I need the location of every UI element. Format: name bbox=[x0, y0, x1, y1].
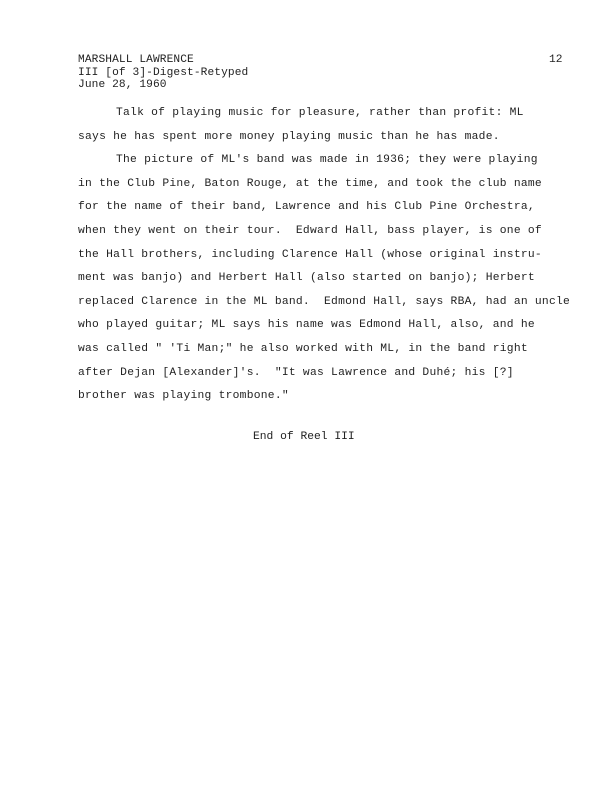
text-line: after Dejan [Alexander]'s. "It was Lawre… bbox=[78, 362, 598, 386]
page-number: 12 bbox=[549, 54, 562, 67]
text-line: was called " 'Ti Man;" he also worked wi… bbox=[78, 338, 598, 362]
document-page: MARSHALL LAWRENCE III [of 3]-Digest-Rety… bbox=[0, 0, 612, 792]
text-line: brother was playing trombone." bbox=[78, 385, 598, 409]
text-line: The picture of ML's band was made in 193… bbox=[78, 149, 598, 173]
text-line: who played guitar; ML says his name was … bbox=[78, 314, 598, 338]
text-line: says he has spent more money playing mus… bbox=[78, 126, 598, 150]
text-line: Talk of playing music for pleasure, rath… bbox=[78, 102, 598, 126]
text-line: for the name of their band, Lawrence and… bbox=[78, 196, 598, 220]
text-line: replaced Clarence in the ML band. Edmond… bbox=[78, 291, 598, 315]
header-date: June 28, 1960 bbox=[78, 79, 248, 92]
paragraph-1: Talk of playing music for pleasure, rath… bbox=[78, 102, 598, 149]
document-header: MARSHALL LAWRENCE III [of 3]-Digest-Rety… bbox=[78, 54, 248, 92]
text-line: when they went on their tour. Edward Hal… bbox=[78, 220, 598, 244]
text-line: ment was banjo) and Herbert Hall (also s… bbox=[78, 267, 598, 291]
header-reel-info: III [of 3]-Digest-Retyped bbox=[78, 67, 248, 80]
text-line: the Hall brothers, including Clarence Ha… bbox=[78, 244, 598, 268]
text-line: in the Club Pine, Baton Rouge, at the ti… bbox=[78, 173, 598, 197]
end-of-reel-label: End of Reel III bbox=[253, 430, 355, 444]
paragraph-2: The picture of ML's band was made in 193… bbox=[78, 149, 598, 409]
header-interviewee-name: MARSHALL LAWRENCE bbox=[78, 54, 248, 67]
document-body: Talk of playing music for pleasure, rath… bbox=[78, 102, 598, 409]
